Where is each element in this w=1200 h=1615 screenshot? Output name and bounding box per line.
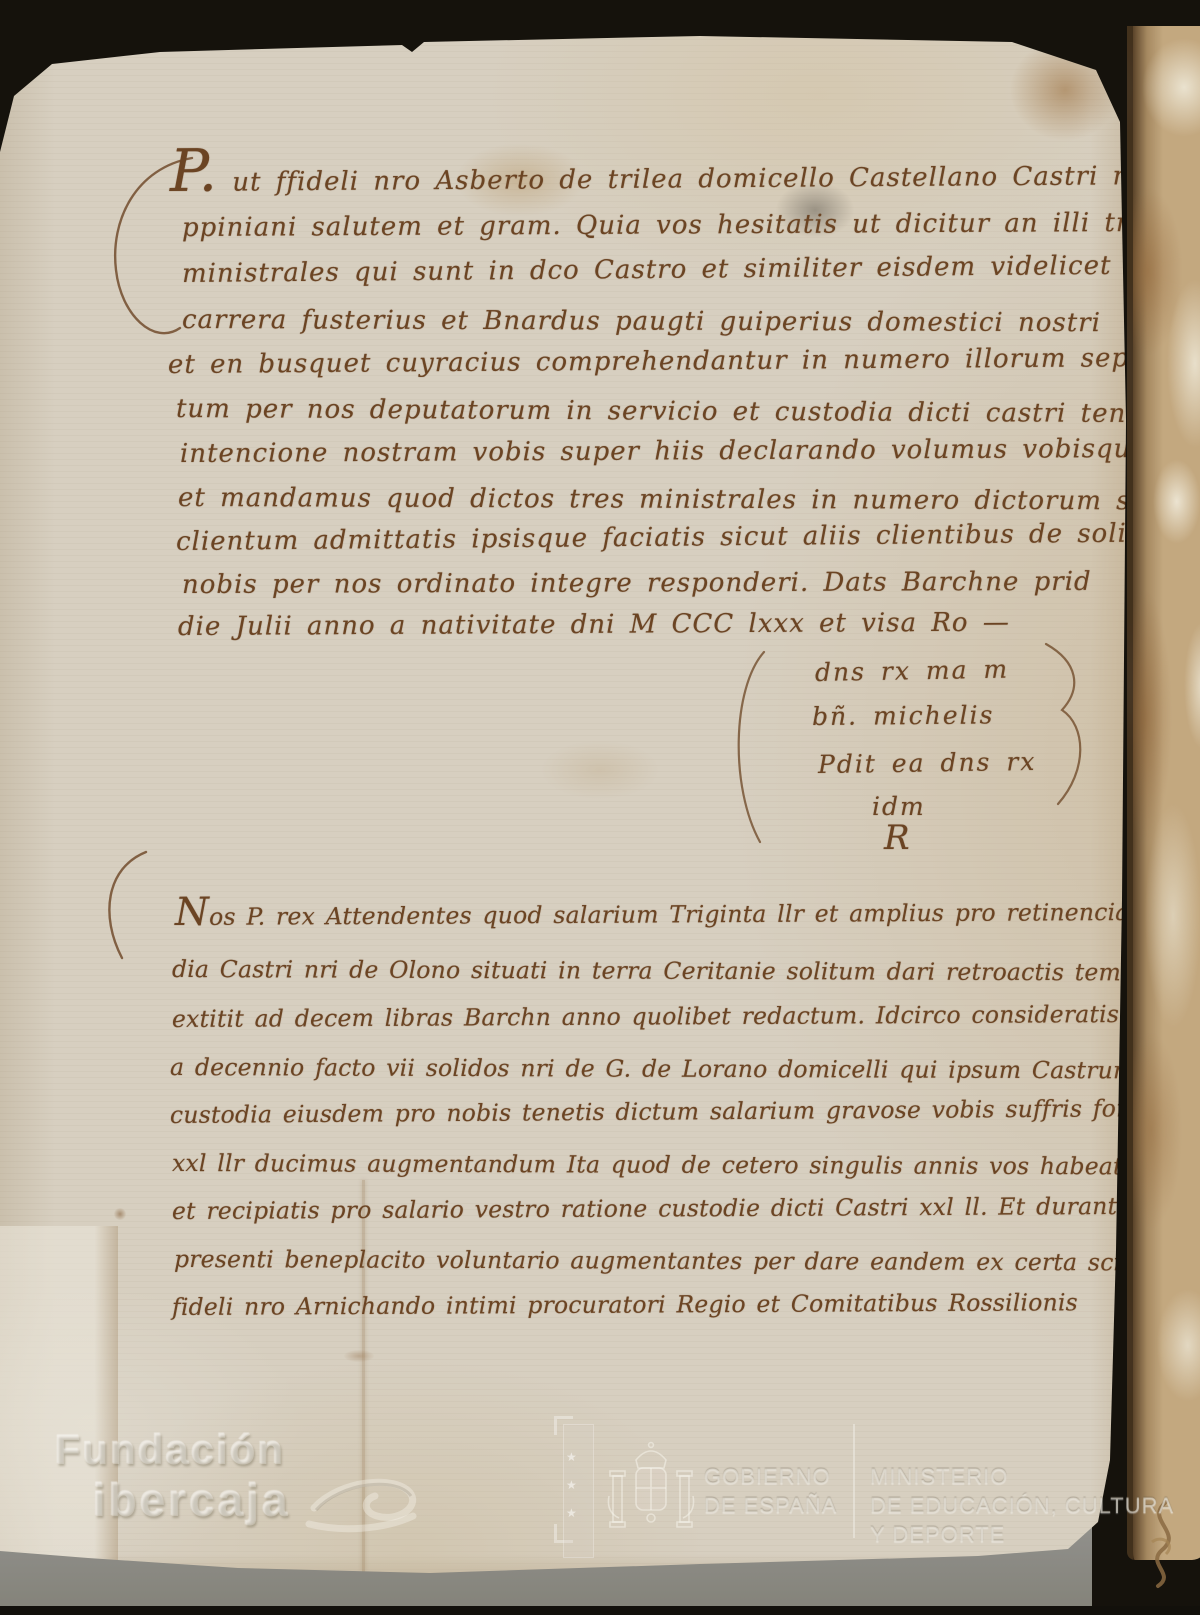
ministerio-watermark-line2: DE EDUCACIÓN, CULTURA	[870, 1491, 1174, 1520]
gutter-second-page	[1127, 26, 1200, 1560]
chancery-note-line: idm	[872, 792, 926, 821]
manuscript-line: a decennio facto vii solidos nri de G. d…	[170, 1053, 1170, 1084]
stain	[344, 1350, 374, 1362]
manuscript-line: carrera fusterius et Bnardus paugti guip…	[182, 305, 1101, 338]
manuscript-line: intencione nostram vobis super hiis decl…	[180, 433, 1200, 469]
chancery-signature: R	[884, 818, 912, 858]
manuscript-line: clientum admittatis ipsisque faciatis si…	[176, 518, 1161, 557]
manuscript-line: et recipiatis pro salario vestro ratione…	[172, 1192, 1131, 1225]
pen-flourish	[88, 846, 158, 966]
stain	[1000, 30, 1130, 150]
manuscript-line: presenti beneplacito voluntario augmenta…	[174, 1245, 1186, 1277]
manuscript-line: nobis per nos ordinato integre responder…	[182, 567, 1092, 600]
gobierno-watermark-line1: GOBIERNO	[704, 1462, 831, 1491]
repair-patch	[0, 1226, 118, 1560]
manuscript-line: fideli nro Arnichando intimi procuratori…	[172, 1288, 1078, 1321]
chancery-note-line: dns rx ma m	[815, 655, 1010, 687]
gobierno-watermark-line2: DE ESPAÑA	[704, 1491, 837, 1520]
scan-bottom-edge	[0, 1606, 1200, 1615]
manuscript-line: tum per nos deputatorum in servicio et c…	[176, 394, 1200, 430]
pen-flourish	[1038, 640, 1094, 810]
manuscript-line: custodia eiusdem pro nobis tenetis dictu…	[170, 1093, 1200, 1129]
ministerio-watermark-line1: MINISTERIO	[870, 1462, 1008, 1491]
stain	[114, 1208, 126, 1220]
manuscript-scan: P. ut ffideli nro Asberto de trilea domi…	[0, 0, 1200, 1615]
manuscript-line: dia Castri nri de Olono situati in terra…	[172, 955, 1200, 987]
manuscript-line: ppiniani salutem et gram. Quia vos hesit…	[182, 208, 1160, 243]
stain	[540, 740, 660, 800]
manuscript-line: ministrales qui sunt in dco Castro et si…	[182, 250, 1200, 289]
manuscript-line: Nos P. rex Attendentes quod salarium Tri…	[175, 897, 1200, 931]
manuscript-line: et mandamus quod dictos tres ministrales…	[178, 483, 1200, 517]
chancery-note-line: Pdit ea dns rx	[818, 747, 1037, 779]
star-icon: ★	[566, 1506, 577, 1520]
manuscript-line: die Julii anno a nativitate dni M CCC lx…	[178, 608, 1010, 642]
manuscript-line: P. ut ffideli nro Asberto de trilea domi…	[170, 161, 1153, 198]
manuscript-line: et en busquet cuyracius comprehendantur …	[168, 342, 1200, 380]
crease	[362, 1180, 365, 1572]
pen-flourish	[724, 648, 770, 848]
star-icon: ★	[566, 1450, 577, 1464]
watermark-divider	[853, 1424, 855, 1538]
manuscript-line: extitit ad decem libras Barchn anno quol…	[172, 1000, 1192, 1033]
chancery-note-line: bñ. michelis	[812, 700, 995, 731]
manuscript-page: P. ut ffideli nro Asberto de trilea domi…	[0, 0, 1136, 1582]
manuscript-line: xxl llr ducimus augmentandum Ita quod de…	[172, 1149, 1143, 1180]
star-icon: ★	[566, 1478, 577, 1492]
ministerio-watermark-line3: Y DEPORTE	[870, 1520, 1005, 1549]
